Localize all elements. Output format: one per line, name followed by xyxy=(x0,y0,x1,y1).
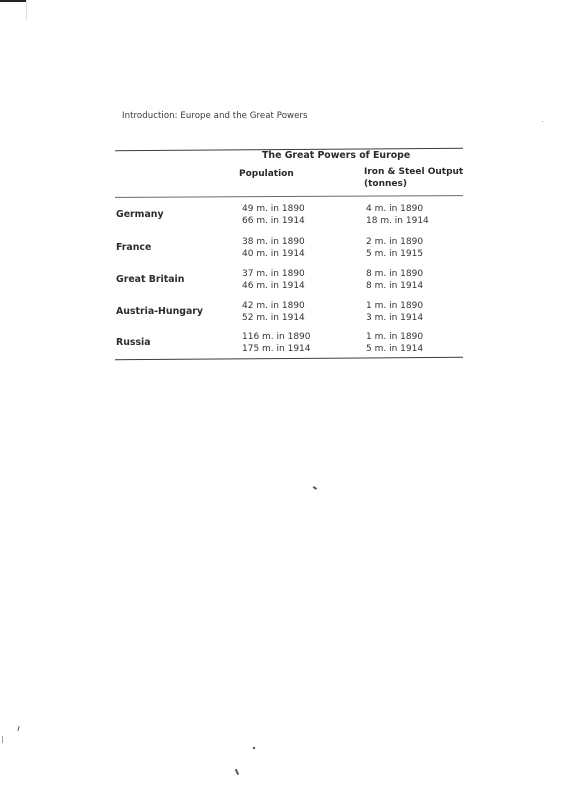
iron-steel-1914: 5 m. in 1914 xyxy=(366,343,423,355)
iron-steel-1890: 1 m. in 1890 xyxy=(366,331,423,343)
population-1890: 37 m. in 1890 xyxy=(242,268,305,280)
table-row: Germany 49 m. in 1890 66 m. in 1914 4 m.… xyxy=(0,205,566,233)
iron-steel-cell: 1 m. in 1890 3 m. in 1914 xyxy=(366,300,423,324)
population-1914: 66 m. in 1914 xyxy=(242,215,305,227)
iron-steel-1914: 3 m. in 1914 xyxy=(366,312,423,324)
population-cell: 38 m. in 1890 40 m. in 1914 xyxy=(242,236,305,260)
population-1890: 38 m. in 1890 xyxy=(242,236,305,248)
iron-steel-cell: 4 m. in 1890 18 m. in 1914 xyxy=(366,203,429,227)
population-1890: 49 m. in 1890 xyxy=(242,203,305,215)
population-1890: 42 m. in 1890 xyxy=(242,300,305,312)
scan-speck xyxy=(2,736,3,743)
scan-corner-mark xyxy=(0,0,26,2)
population-1914: 46 m. in 1914 xyxy=(242,280,305,292)
population-1914: 40 m. in 1914 xyxy=(242,248,305,260)
population-cell: 37 m. in 1890 46 m. in 1914 xyxy=(242,268,305,292)
iron-steel-cell: 2 m. in 1890 5 m. in 1915 xyxy=(366,236,423,260)
population-cell: 49 m. in 1890 66 m. in 1914 xyxy=(242,203,305,227)
table-title: The Great Powers of Europe xyxy=(262,150,410,161)
country-name: Great Britain xyxy=(116,274,184,285)
iron-steel-1914: 5 m. in 1915 xyxy=(366,248,423,260)
country-name: Russia xyxy=(116,337,151,348)
population-cell: 42 m. in 1890 52 m. in 1914 xyxy=(242,300,305,324)
iron-steel-1890: 4 m. in 1890 xyxy=(366,203,429,215)
population-cell: 116 m. in 1890 175 m. in 1914 xyxy=(242,331,311,355)
running-head: Introduction: Europe and the Great Power… xyxy=(122,111,308,121)
iron-steel-cell: 1 m. in 1890 5 m. in 1914 xyxy=(366,331,423,355)
country-name: Austria-Hungary xyxy=(116,306,203,317)
iron-steel-1914: 8 m. in 1914 xyxy=(366,280,423,292)
scan-speck xyxy=(253,747,255,749)
population-1890: 116 m. in 1890 xyxy=(242,331,311,343)
iron-steel-1890: 1 m. in 1890 xyxy=(366,300,423,312)
column-header-iron-steel-label: Iron & Steel Output xyxy=(364,166,463,178)
iron-steel-1890: 2 m. in 1890 xyxy=(366,236,423,248)
column-header-population: Population xyxy=(239,168,294,180)
table-row: Great Britain 37 m. in 1890 46 m. in 191… xyxy=(0,270,566,298)
scan-speck xyxy=(313,486,317,490)
table-row: France 38 m. in 1890 40 m. in 1914 2 m. … xyxy=(0,238,566,266)
table-header-rule xyxy=(115,195,463,198)
iron-steel-cell: 8 m. in 1890 8 m. in 1914 xyxy=(366,268,423,292)
country-name: France xyxy=(116,242,151,253)
column-header-population-label: Population xyxy=(239,169,294,179)
population-1914: 175 m. in 1914 xyxy=(242,343,311,355)
scan-corner-edge xyxy=(26,0,27,20)
country-name: Germany xyxy=(116,209,164,220)
scan-speck xyxy=(542,121,543,122)
column-header-iron-steel-unit: (tonnes) xyxy=(364,178,463,190)
table-row: Russia 116 m. in 1890 175 m. in 1914 1 m… xyxy=(0,333,566,361)
scan-speck xyxy=(235,769,239,775)
table-row: Austria-Hungary 42 m. in 1890 52 m. in 1… xyxy=(0,302,566,330)
population-1914: 52 m. in 1914 xyxy=(242,312,305,324)
scan-speck xyxy=(17,726,19,731)
column-header-iron-steel: Iron & Steel Output (tonnes) xyxy=(364,166,463,190)
iron-steel-1914: 18 m. in 1914 xyxy=(366,215,429,227)
iron-steel-1890: 8 m. in 1890 xyxy=(366,268,423,280)
